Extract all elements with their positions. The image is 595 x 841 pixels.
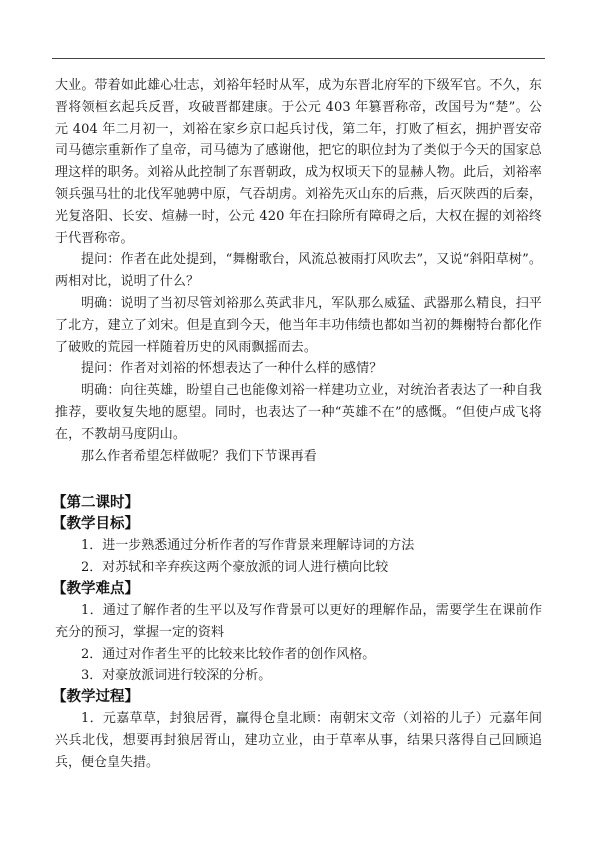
answer-contrast: 明确：说明了当初尽管刘裕那么英武非凡，军队那么威猛、武器那么精良，扫平了北方，建…	[55, 293, 542, 358]
spacer	[55, 467, 542, 493]
process-item: 1．元嘉草草，封狼居胥，赢得仓皇北顾：南朝宋文帝（刘裕的儿子）元嘉年间兴兵北伐，…	[55, 708, 542, 773]
header-rule	[52, 58, 545, 59]
difficulty-item: 2．通过对作者生平的比较来比较作者的创作风格。	[55, 644, 542, 666]
answer-emotion: 明确：向往英雄，盼望自己也能像刘裕一样建功立业，对统治者表达了一种自我推荐，要收…	[55, 380, 542, 445]
closing-remark: 那么作者希望怎样做呢？我们下节课再看	[55, 446, 542, 468]
section-title: 【第二课时】	[52, 493, 542, 514]
difficulties-heading: 【教学难点】	[52, 579, 542, 600]
objective-item: 2．对苏轼和辛弃疾这两个豪放派的词人进行横向比较	[55, 557, 542, 579]
difficulty-item: 1．通过了解作者的生平以及写作背景可以更好的理解作品，需要学生在课前作充分的预习…	[55, 600, 542, 644]
difficulty-item: 3．对豪放派词进行较深的分析。	[55, 665, 542, 687]
objective-item: 1．进一步熟悉通过分析作者的写作背景来理解诗词的方法	[55, 535, 542, 557]
question-contrast: 提问：作者在此处提到，“舞榭歌台，风流总被雨打风吹去”，又说“斜阳草树”。两相对…	[55, 249, 542, 293]
question-emotion: 提问：作者对刘裕的怀想表达了一种什么样的感情？	[55, 358, 542, 380]
page-body: 大业。带着如此雄心壮志，刘裕年轻时从军，成为东晋北府军的下级军官。不久，东晋将领…	[55, 75, 542, 774]
objectives-heading: 【教学目标】	[52, 514, 542, 535]
paragraph-liuyu-history: 大业。带着如此雄心壮志，刘裕年轻时从军，成为东晋北府军的下级军官。不久，东晋将领…	[55, 75, 542, 249]
process-heading: 【教学过程】	[52, 687, 542, 708]
